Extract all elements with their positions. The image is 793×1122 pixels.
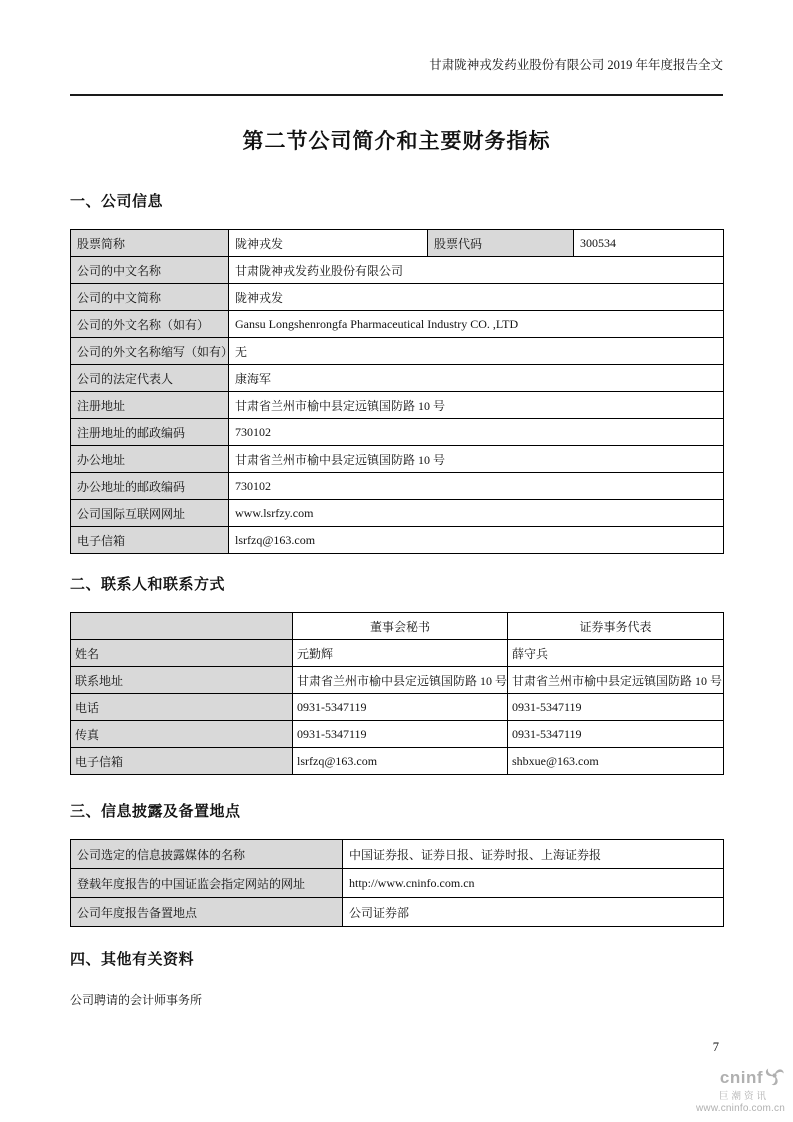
cell-label: 公司国际互联网网址 — [71, 500, 229, 527]
cell-value: 甘肃省兰州市榆中县定远镇国防路 10 号 — [229, 446, 724, 473]
table-row: 公司的中文简称 陇神戎发 — [71, 284, 724, 311]
section-heading-other-info: 四、其他有关资料 — [70, 951, 723, 969]
table-row: 电子信箱 lsrfzq@163.com — [71, 527, 724, 554]
cell-value: 甘肃省兰州市榆中县定远镇国防路 10 号 — [293, 667, 508, 694]
cell-value: 甘肃陇神戎发药业股份有限公司 — [229, 257, 724, 284]
cell-label: 办公地址的邮政编码 — [71, 473, 229, 500]
cell-value: lsrfzq@163.com — [293, 748, 508, 775]
cell-value: 陇神戎发 — [229, 230, 428, 257]
cninfo-logo-text: cninf — [720, 1069, 763, 1087]
table-row: 公司的中文名称 甘肃陇神戎发药业股份有限公司 — [71, 257, 724, 284]
cell-value: 0931-5347119 — [508, 694, 724, 721]
cell-value: Gansu Longshenrongfa Pharmaceutical Indu… — [229, 311, 724, 338]
cell-value: shbxue@163.com — [508, 748, 724, 775]
cell-value: 中国证券报、证券日报、证券时报、上海证券报 — [343, 840, 724, 869]
cninfo-swirl-icon — [764, 1065, 785, 1091]
cninfo-watermark: cninf 巨潮资讯 www.cninfo.com.cn — [696, 1065, 785, 1114]
cninfo-logo-url: www.cninfo.com.cn — [696, 1104, 785, 1115]
contacts-table: 董事会秘书 证券事务代表 姓名 元勤辉 薛守兵 联系地址 甘肃省兰州市榆中县定远… — [70, 612, 724, 775]
cell-label: 公司的中文简称 — [71, 284, 229, 311]
table-header-row: 董事会秘书 证券事务代表 — [71, 613, 724, 640]
cell-value: 730102 — [229, 419, 724, 446]
table-row: 公司的外文名称缩写（如有） 无 — [71, 338, 724, 365]
cell-label: 联系地址 — [71, 667, 293, 694]
cell-label: 电话 — [71, 694, 293, 721]
column-header: 证券事务代表 — [508, 613, 724, 640]
cell-label: 公司的外文名称缩写（如有） — [71, 338, 229, 365]
header-rule — [70, 94, 723, 96]
cell-label: 公司的中文名称 — [71, 257, 229, 284]
cell-value: 甘肃省兰州市榆中县定远镇国防路 10 号 — [508, 667, 724, 694]
table-row: 公司国际互联网网址 www.lsrfzy.com — [71, 500, 724, 527]
cell-label: 电子信箱 — [71, 527, 229, 554]
cell-label: 公司的法定代表人 — [71, 365, 229, 392]
report-page: 甘肃陇神戎发药业股份有限公司 2019 年年度报告全文 第二节公司简介和主要财务… — [0, 0, 793, 1122]
cell-label: 电子信箱 — [71, 748, 293, 775]
table-row: 办公地址的邮政编码 730102 — [71, 473, 724, 500]
running-header: 甘肃陇神戎发药业股份有限公司 2019 年年度报告全文 — [70, 57, 723, 74]
cell-value: lsrfzq@163.com — [229, 527, 724, 554]
disclosure-table: 公司选定的信息披露媒体的名称 中国证券报、证券日报、证券时报、上海证券报 登载年… — [70, 839, 724, 927]
table-row: 登载年度报告的中国证监会指定网站的网址 http://www.cninfo.co… — [71, 869, 724, 898]
page-number: 7 — [713, 1040, 719, 1055]
cell-value: 薛守兵 — [508, 640, 724, 667]
cell-value: http://www.cninfo.com.cn — [343, 869, 724, 898]
table-row: 电子信箱 lsrfzq@163.com shbxue@163.com — [71, 748, 724, 775]
table-row: 公司选定的信息披露媒体的名称 中国证券报、证券日报、证券时报、上海证券报 — [71, 840, 724, 869]
table-row: 传真 0931-5347119 0931-5347119 — [71, 721, 724, 748]
company-info-table: 股票简称 陇神戎发 股票代码 300534 公司的中文名称 甘肃陇神戎发药业股份… — [70, 229, 724, 554]
table-row: 办公地址 甘肃省兰州市榆中县定远镇国防路 10 号 — [71, 446, 724, 473]
table-row: 联系地址 甘肃省兰州市榆中县定远镇国防路 10 号 甘肃省兰州市榆中县定远镇国防… — [71, 667, 724, 694]
cell-value: 730102 — [229, 473, 724, 500]
table-row: 公司的外文名称（如有） Gansu Longshenrongfa Pharmac… — [71, 311, 724, 338]
section-heading-contacts: 二、联系人和联系方式 — [70, 576, 723, 594]
cell-value: 0931-5347119 — [508, 721, 724, 748]
cninfo-logo-subtitle: 巨潮资讯 — [696, 1092, 769, 1102]
table-row: 电话 0931-5347119 0931-5347119 — [71, 694, 724, 721]
cell-value: 300534 — [574, 230, 724, 257]
table-row: 公司的法定代表人 康海军 — [71, 365, 724, 392]
cell-label: 公司的外文名称（如有） — [71, 311, 229, 338]
cell-label: 股票代码 — [428, 230, 574, 257]
table-row: 公司年度报告备置地点 公司证券部 — [71, 898, 724, 927]
cell-value: 康海军 — [229, 365, 724, 392]
table-row: 注册地址的邮政编码 730102 — [71, 419, 724, 446]
table-row: 姓名 元勤辉 薛守兵 — [71, 640, 724, 667]
cell-value: 0931-5347119 — [293, 721, 508, 748]
cell-label: 传真 — [71, 721, 293, 748]
cell-value: 0931-5347119 — [293, 694, 508, 721]
cell-value: 陇神戎发 — [229, 284, 724, 311]
cell-value: 元勤辉 — [293, 640, 508, 667]
table-row: 注册地址 甘肃省兰州市榆中县定远镇国防路 10 号 — [71, 392, 724, 419]
cell-label: 注册地址的邮政编码 — [71, 419, 229, 446]
cell-label: 公司年度报告备置地点 — [71, 898, 343, 927]
cell-value: 甘肃省兰州市榆中县定远镇国防路 10 号 — [229, 392, 724, 419]
cell-label: 股票简称 — [71, 230, 229, 257]
page-title: 第二节公司简介和主要财务指标 — [70, 126, 723, 157]
cell-label: 注册地址 — [71, 392, 229, 419]
cell-label: 办公地址 — [71, 446, 229, 473]
cell-value: 公司证券部 — [343, 898, 724, 927]
table-row: 股票简称 陇神戎发 股票代码 300534 — [71, 230, 724, 257]
accounting-firm-caption: 公司聘请的会计师事务所 — [70, 991, 723, 1008]
column-header: 董事会秘书 — [293, 613, 508, 640]
cell-value: www.lsrfzy.com — [229, 500, 724, 527]
cell-label: 登载年度报告的中国证监会指定网站的网址 — [71, 869, 343, 898]
cell-label: 公司选定的信息披露媒体的名称 — [71, 840, 343, 869]
section-heading-disclosure: 三、信息披露及备置地点 — [70, 803, 723, 821]
cell-label: 姓名 — [71, 640, 293, 667]
cell-empty — [71, 613, 293, 640]
section-heading-company-info: 一、公司信息 — [70, 193, 723, 211]
cell-value: 无 — [229, 338, 724, 365]
